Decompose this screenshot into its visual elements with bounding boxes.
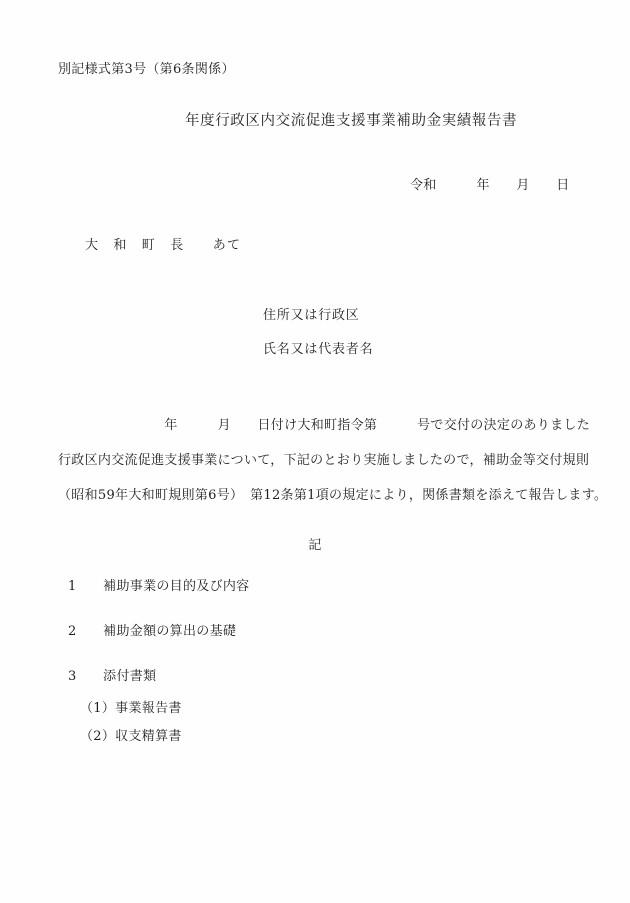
body-paragraph-line-3: （昭和59年大和町規則第6号） 第12条第1項の規定により，関係書類を添えて報告… (58, 487, 607, 505)
list-item-1: 1 補助事業の目的及び内容 (68, 578, 249, 596)
addressee-line: 大 和 町 長 あて (85, 237, 241, 255)
document-title: 年度行政区内交流促進支援事業補助金実績報告書 (185, 112, 517, 132)
list-item-3-sub-1: （1）事業報告書 (80, 700, 182, 718)
recipient-address-label: 住所又は行政区 (263, 307, 360, 325)
date-line: 令和 年 月 日 (410, 177, 570, 195)
body-paragraph-line-1: 年 月 日付け大和町指令第 号で交付の決定のありました (58, 417, 590, 435)
list-item-3-sub-2: （2）収支精算書 (80, 728, 182, 746)
list-item-3: 3 添付書類 (68, 668, 156, 686)
record-marker: 記 (0, 537, 630, 555)
form-number: 別記様式第3号（第6条関係） (58, 61, 235, 79)
document-page: 別記様式第3号（第6条関係） 年度行政区内交流促進支援事業補助金実績報告書 令和… (0, 0, 630, 903)
body-paragraph-line-2: 行政区内交流促進支援事業について，下記のとおり実施しましたので，補助金等交付規則 (58, 452, 589, 470)
recipient-name-label: 氏名又は代表者名 (263, 341, 373, 359)
list-item-2: 2 補助金額の算出の基礎 (68, 623, 236, 641)
